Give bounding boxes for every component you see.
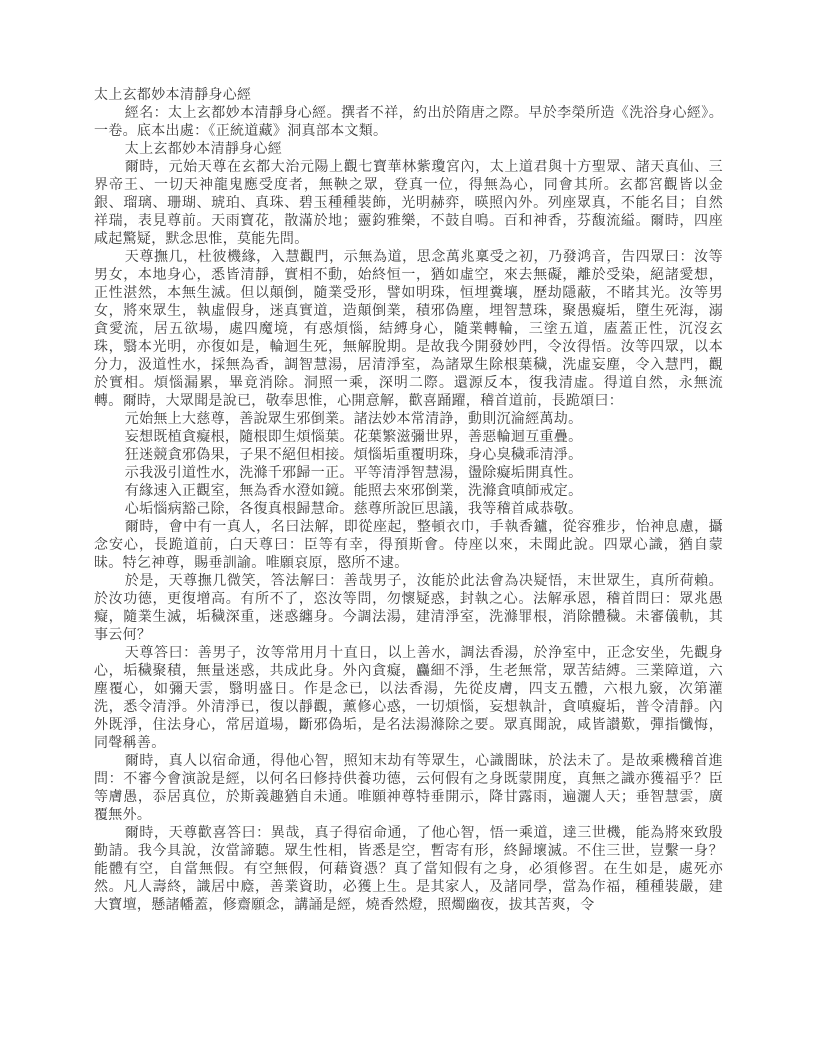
paragraph: 爾時，元始天尊在玄都大治元陽上觀七寶華林紫瓊宮內，太上道君與十方聖眾、諸天真仙、… [94, 159, 723, 249]
verse-line: 妄想既植貪癡根，隨根即生煩惱葉。花葉繁滋彌世界，善惡輪迴互重疊。 [94, 429, 723, 447]
document-body: 太上玄都妙本清靜身心經經名：太上玄都妙本清靜身心經。撰者不祥，約出於隋唐之際。早… [94, 87, 723, 915]
paragraph: 爾時，真人以宿命通，得他心智，照知末劫有等眾生，心識闇昧，於法未了。是故乘機稽首… [94, 753, 723, 825]
document-page: 太上玄都妙本清靜身心經經名：太上玄都妙本清靜身心經。撰者不祥，約出於隋唐之際。早… [0, 0, 816, 1056]
paragraph: 經名：太上玄都妙本清靜身心經。撰者不祥，約出於隋唐之際。早於李榮所造《洗浴身心經… [94, 105, 723, 141]
verse-line: 狂迷競貪邪偽果，子果不絕但相接。煩惱垢重覆明珠，身心臭穢乖清淨。 [94, 447, 723, 465]
doc-title: 太上玄都妙本清靜身心經 [94, 87, 723, 105]
paragraph: 爾時，會中有一真人，名曰法解，即從座起，整頓衣巾，手執香鑪，從容雅步，怡神息慮，… [94, 519, 723, 573]
paragraph: 天尊撫几，杜彼機緣，入慧觀門，示無為道，思念萬兆稟受之初，乃發鸿音，告四眾曰：汝… [94, 249, 723, 411]
paragraph: 於是，天尊撫几微笑，答法解曰：善哉男子，汝能於此法會為决疑悟，末世眾生，真所荷賴… [94, 573, 723, 645]
paragraph: 爾時，天尊歡喜答曰：異哉，真子得宿命通，了他心智，悟一乘道，達三世機，能為將來致… [94, 825, 723, 915]
paragraph: 太上玄都妙本清靜身心經 [94, 141, 723, 159]
verse-line: 元始無上大慈尊，善說眾生邪倒業。諸法妙本常清諍，動則沉淪經萬劫。 [94, 411, 723, 429]
paragraph: 天尊答曰：善男子，汝等常用月十直日，以上善水，調法香湯，於浄室中，正念安坐，先觀… [94, 645, 723, 753]
verse-line: 有緣速入正觀室，無為香水澄如鏡。能照去來邪倒業，洗滌貪嗔師戒定。 [94, 483, 723, 501]
verse-line: 心垢惱病豁己除，各復真根歸慧命。慈尊所說叵思議，我等稽首咸恭敬。 [94, 501, 723, 519]
verse-line: 示我汲引道性水，洗滌千邪歸一正。平等清淨智慧湯，盪除癡垢開真性。 [94, 465, 723, 483]
